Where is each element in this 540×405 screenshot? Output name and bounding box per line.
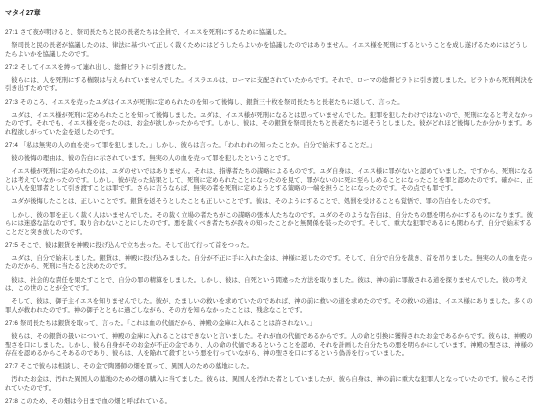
document-body: 27:1 さて夜が明けると、祭司長たちと民の長老たちは全員で、イエスを死刑にする…: [5, 29, 534, 405]
verse-ref: 27:6: [5, 320, 20, 327]
verse-line: 27:7 そこで彼らは相談し、その金で陶器師の畑を買って、異国人のための墓地にし…: [5, 363, 534, 372]
verse-ref: 27:7: [5, 363, 20, 370]
document-page: マタイ27章 27:1 さて夜が明けると、祭司長たちと民の長老たちは全員で、イエ…: [0, 0, 540, 405]
verse-ref: 27:1: [5, 29, 20, 36]
commentary-paragraph: そして、彼は、御子主イエスを知りませんでした。彼が、たましいの救いを求めていたの…: [5, 298, 534, 315]
verse-line: 27:1 さて夜が明けると、祭司長たちと民の長老たちは全員で、イエスを死刑にする…: [5, 29, 534, 38]
commentary-paragraph: ユダが後悔したことは、正しいことです。銀貨を返そうとしたことも正しいことです。彼…: [5, 198, 534, 207]
page-title: マタイ27章: [5, 8, 534, 18]
verse-line: 27:5 そこで、彼は銀貨を神殿に投げ込んで立ち去った。そして出て行って首をつっ…: [5, 242, 534, 251]
verse-ref: 27:3: [5, 99, 20, 106]
verse-line: 27:6 祭司長たちは銀貨を取って、言った。「これは血の代価だから、神殿の金庫に…: [5, 320, 534, 329]
verse-line: 27:4 「私は無実の人の血を売って罪を犯しました。」しかし、彼らは言った。「わ…: [5, 142, 534, 151]
commentary-paragraph: 彼の後悔の理由は、彼の告白に示されています。無実の人の血を売って罪を犯したという…: [5, 155, 534, 164]
verse-line: 27:3 そのころ、イエスを売ったユダはイエスが死刑に定められたのを知って後悔し…: [5, 99, 534, 108]
commentary-paragraph: 彼らには、人を死刑にする権限は与えられていませんでした。イスラエルは、ローマに支…: [5, 77, 534, 94]
commentary-paragraph: 彼は、社会的な責任を果たすことで、自分の罪の精算をしました。しかし、彼は、自死と…: [5, 277, 534, 294]
commentary-paragraph: ユダは、自分で始末しました。銀貨は、神殿に投げ込みました。自分が不正に手に入れた…: [5, 255, 534, 272]
verse-ref: 27:2: [5, 64, 20, 71]
commentary-paragraph: 祭司長と民の長老が協議したのは、律法に基づいて正しく裁くためにはどうしたらよいか…: [5, 42, 534, 59]
verse-ref: 27:4: [5, 142, 20, 149]
verse-ref: 27:8: [5, 398, 20, 405]
verse-line: 27:8 このため、その畑は今日まで血の畑と呼ばれている。: [5, 398, 534, 405]
commentary-paragraph: 汚れたお金は、汚れた異国人の墓地のための畑の購入に当てました。彼らは、異国人を汚…: [5, 376, 534, 393]
commentary-paragraph: ユダは、イエス様が死刑に定められたことを知って後悔しました。ユダは、イエス様が死…: [5, 112, 534, 138]
verse-line: 27:2 そしてイエスを縛って連れ出し、総督ピラトに引き渡した。: [5, 64, 534, 73]
commentary-paragraph: イエス様が死刑に定められたのは、ユダのせいではありません。それは、指導者たちの謀…: [5, 168, 534, 194]
verse-ref: 27:5: [5, 242, 20, 249]
commentary-paragraph: 彼らは、その銀貨の扱いについて、神殿の金庫に入れることはできないと言いました。そ…: [5, 333, 534, 359]
commentary-paragraph: しかし、彼の罪を正しく裁く人はいませんでした。その裁く立場の者たちがこの謀略の張…: [5, 212, 534, 238]
